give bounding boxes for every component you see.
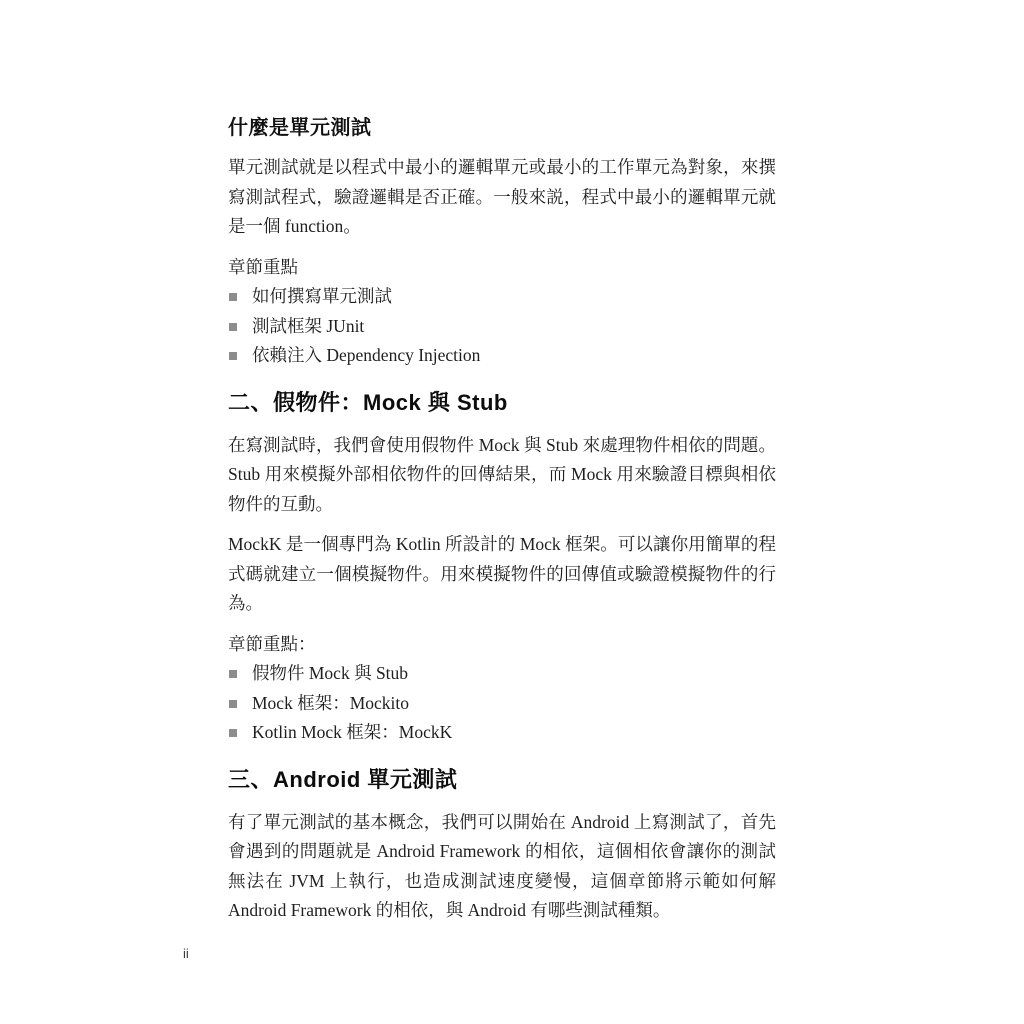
- square-bullet-icon: [229, 293, 237, 301]
- bullet-list-chapter-2: 假物件 Mock 與 Stub Mock 框架：Mockito Kotlin M…: [228, 659, 776, 748]
- paragraph-unit-test-definition: 單元測試就是以程式中最小的邏輯單元或最小的工作單元為對象，來撰寫測試程式，驗證邏…: [228, 153, 776, 242]
- list-label-chapter-highlights-2: 章節重點：: [228, 630, 776, 660]
- list-item: Mock 框架：Mockito: [228, 689, 776, 719]
- bullet-list-chapter-1: 如何撰寫單元測試 測試框架 JUnit 依賴注入 Dependency Inje…: [228, 282, 776, 371]
- paragraph-mockk-intro: MockK 是一個專門為 Kotlin 所設計的 Mock 框架。可以讓你用簡單…: [228, 530, 776, 619]
- list-item: 測試框架 JUnit: [228, 312, 776, 342]
- list-item: 依賴注入 Dependency Injection: [228, 341, 776, 371]
- list-item-label: 假物件 Mock 與 Stub: [252, 663, 408, 683]
- square-bullet-icon: [229, 323, 237, 331]
- book-page: 什麼是單元測試 單元測試就是以程式中最小的邏輯單元或最小的工作單元為對象，來撰寫…: [0, 0, 1024, 1024]
- paragraph-android-unit-testing: 有了單元測試的基本概念，我們可以開始在 Android 上寫測試了，首先會遇到的…: [228, 808, 776, 926]
- list-item: 假物件 Mock 與 Stub: [228, 659, 776, 689]
- list-label-chapter-highlights-1: 章節重點: [228, 253, 776, 283]
- square-bullet-icon: [229, 670, 237, 678]
- list-item-label: 測試框架 JUnit: [252, 316, 364, 336]
- list-item-label: Mock 框架：Mockito: [252, 693, 409, 713]
- paragraph-mock-stub-intro: 在寫測試時，我們會使用假物件 Mock 與 Stub 來處理物件相依的問題。St…: [228, 431, 776, 520]
- list-item: Kotlin Mock 框架：MockK: [228, 718, 776, 748]
- subheading-what-is-unit-testing: 什麼是單元測試: [228, 116, 776, 140]
- list-item-label: 依賴注入 Dependency Injection: [252, 345, 480, 365]
- section-heading-android-unit-testing: 三、Android 單元測試: [228, 766, 776, 794]
- square-bullet-icon: [229, 729, 237, 737]
- list-item-label: Kotlin Mock 框架：MockK: [252, 722, 452, 742]
- list-item-label: 如何撰寫單元測試: [252, 286, 392, 306]
- section-heading-mock-and-stub: 二、假物件：Mock 與 Stub: [228, 389, 776, 417]
- list-item: 如何撰寫單元測試: [228, 282, 776, 312]
- square-bullet-icon: [229, 700, 237, 708]
- page-content-column: 什麼是單元測試 單元測試就是以程式中最小的邏輯單元或最小的工作單元為對象，來撰寫…: [228, 116, 776, 937]
- page-number: ii: [183, 946, 189, 961]
- square-bullet-icon: [229, 352, 237, 360]
